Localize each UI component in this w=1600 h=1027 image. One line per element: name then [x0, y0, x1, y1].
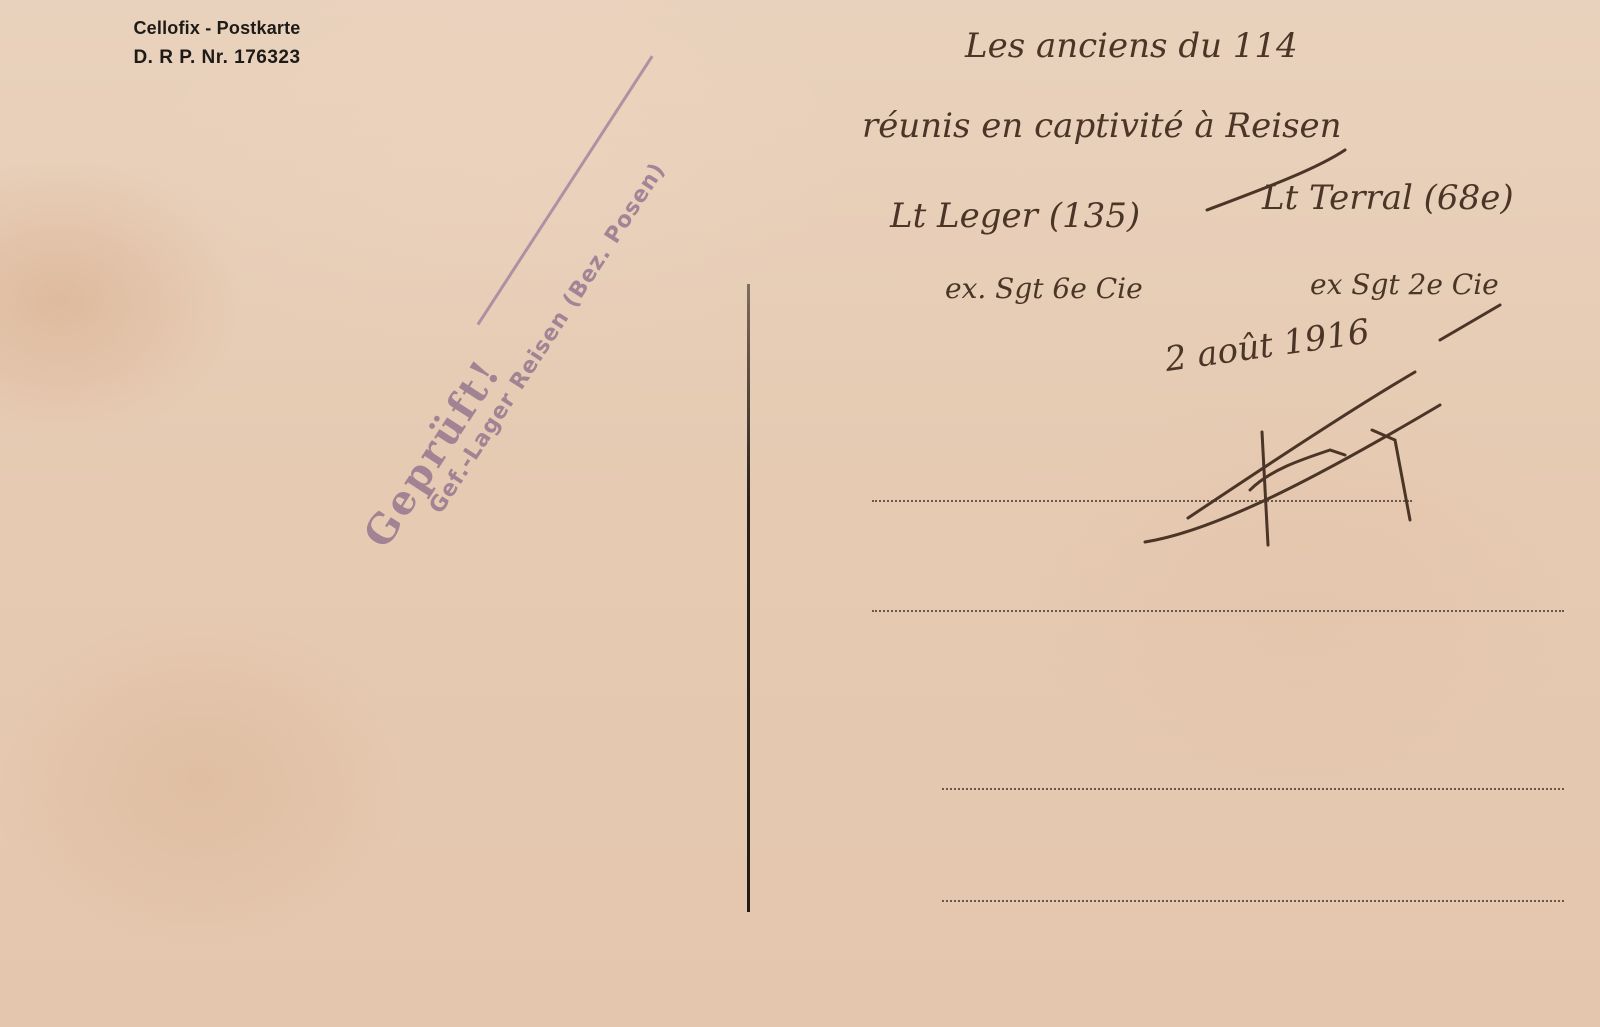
note-line-1: Les anciens du 114	[965, 26, 1298, 66]
note-line-5: ex. Sgt 6e Cie	[945, 272, 1143, 305]
address-line-2	[872, 610, 1564, 612]
publisher-line: Cellofix - Postkarte	[92, 18, 342, 39]
note-date: 2 août 1916	[1162, 312, 1372, 380]
address-line-3	[942, 788, 1564, 790]
address-line-1	[872, 500, 1412, 502]
note-line-6: ex Sgt 2e Cie	[1310, 268, 1499, 301]
note-line-3: Lt Leger (135)	[890, 196, 1140, 236]
signature-strokes	[0, 0, 1600, 1027]
note-line-4: Lt Terral (68e)	[1262, 178, 1514, 218]
printed-header: Cellofix - Postkarte D. R P. Nr. 176323	[92, 18, 342, 69]
note-line-2: réunis en captivité à Reisen	[862, 106, 1342, 146]
center-divider	[747, 284, 750, 912]
patent-number: D. R P. Nr. 176323	[92, 47, 342, 69]
address-line-4	[942, 900, 1564, 902]
postcard-back: Cellofix - Postkarte D. R P. Nr. 176323 …	[0, 0, 1600, 1027]
stamp-rule	[477, 55, 654, 325]
